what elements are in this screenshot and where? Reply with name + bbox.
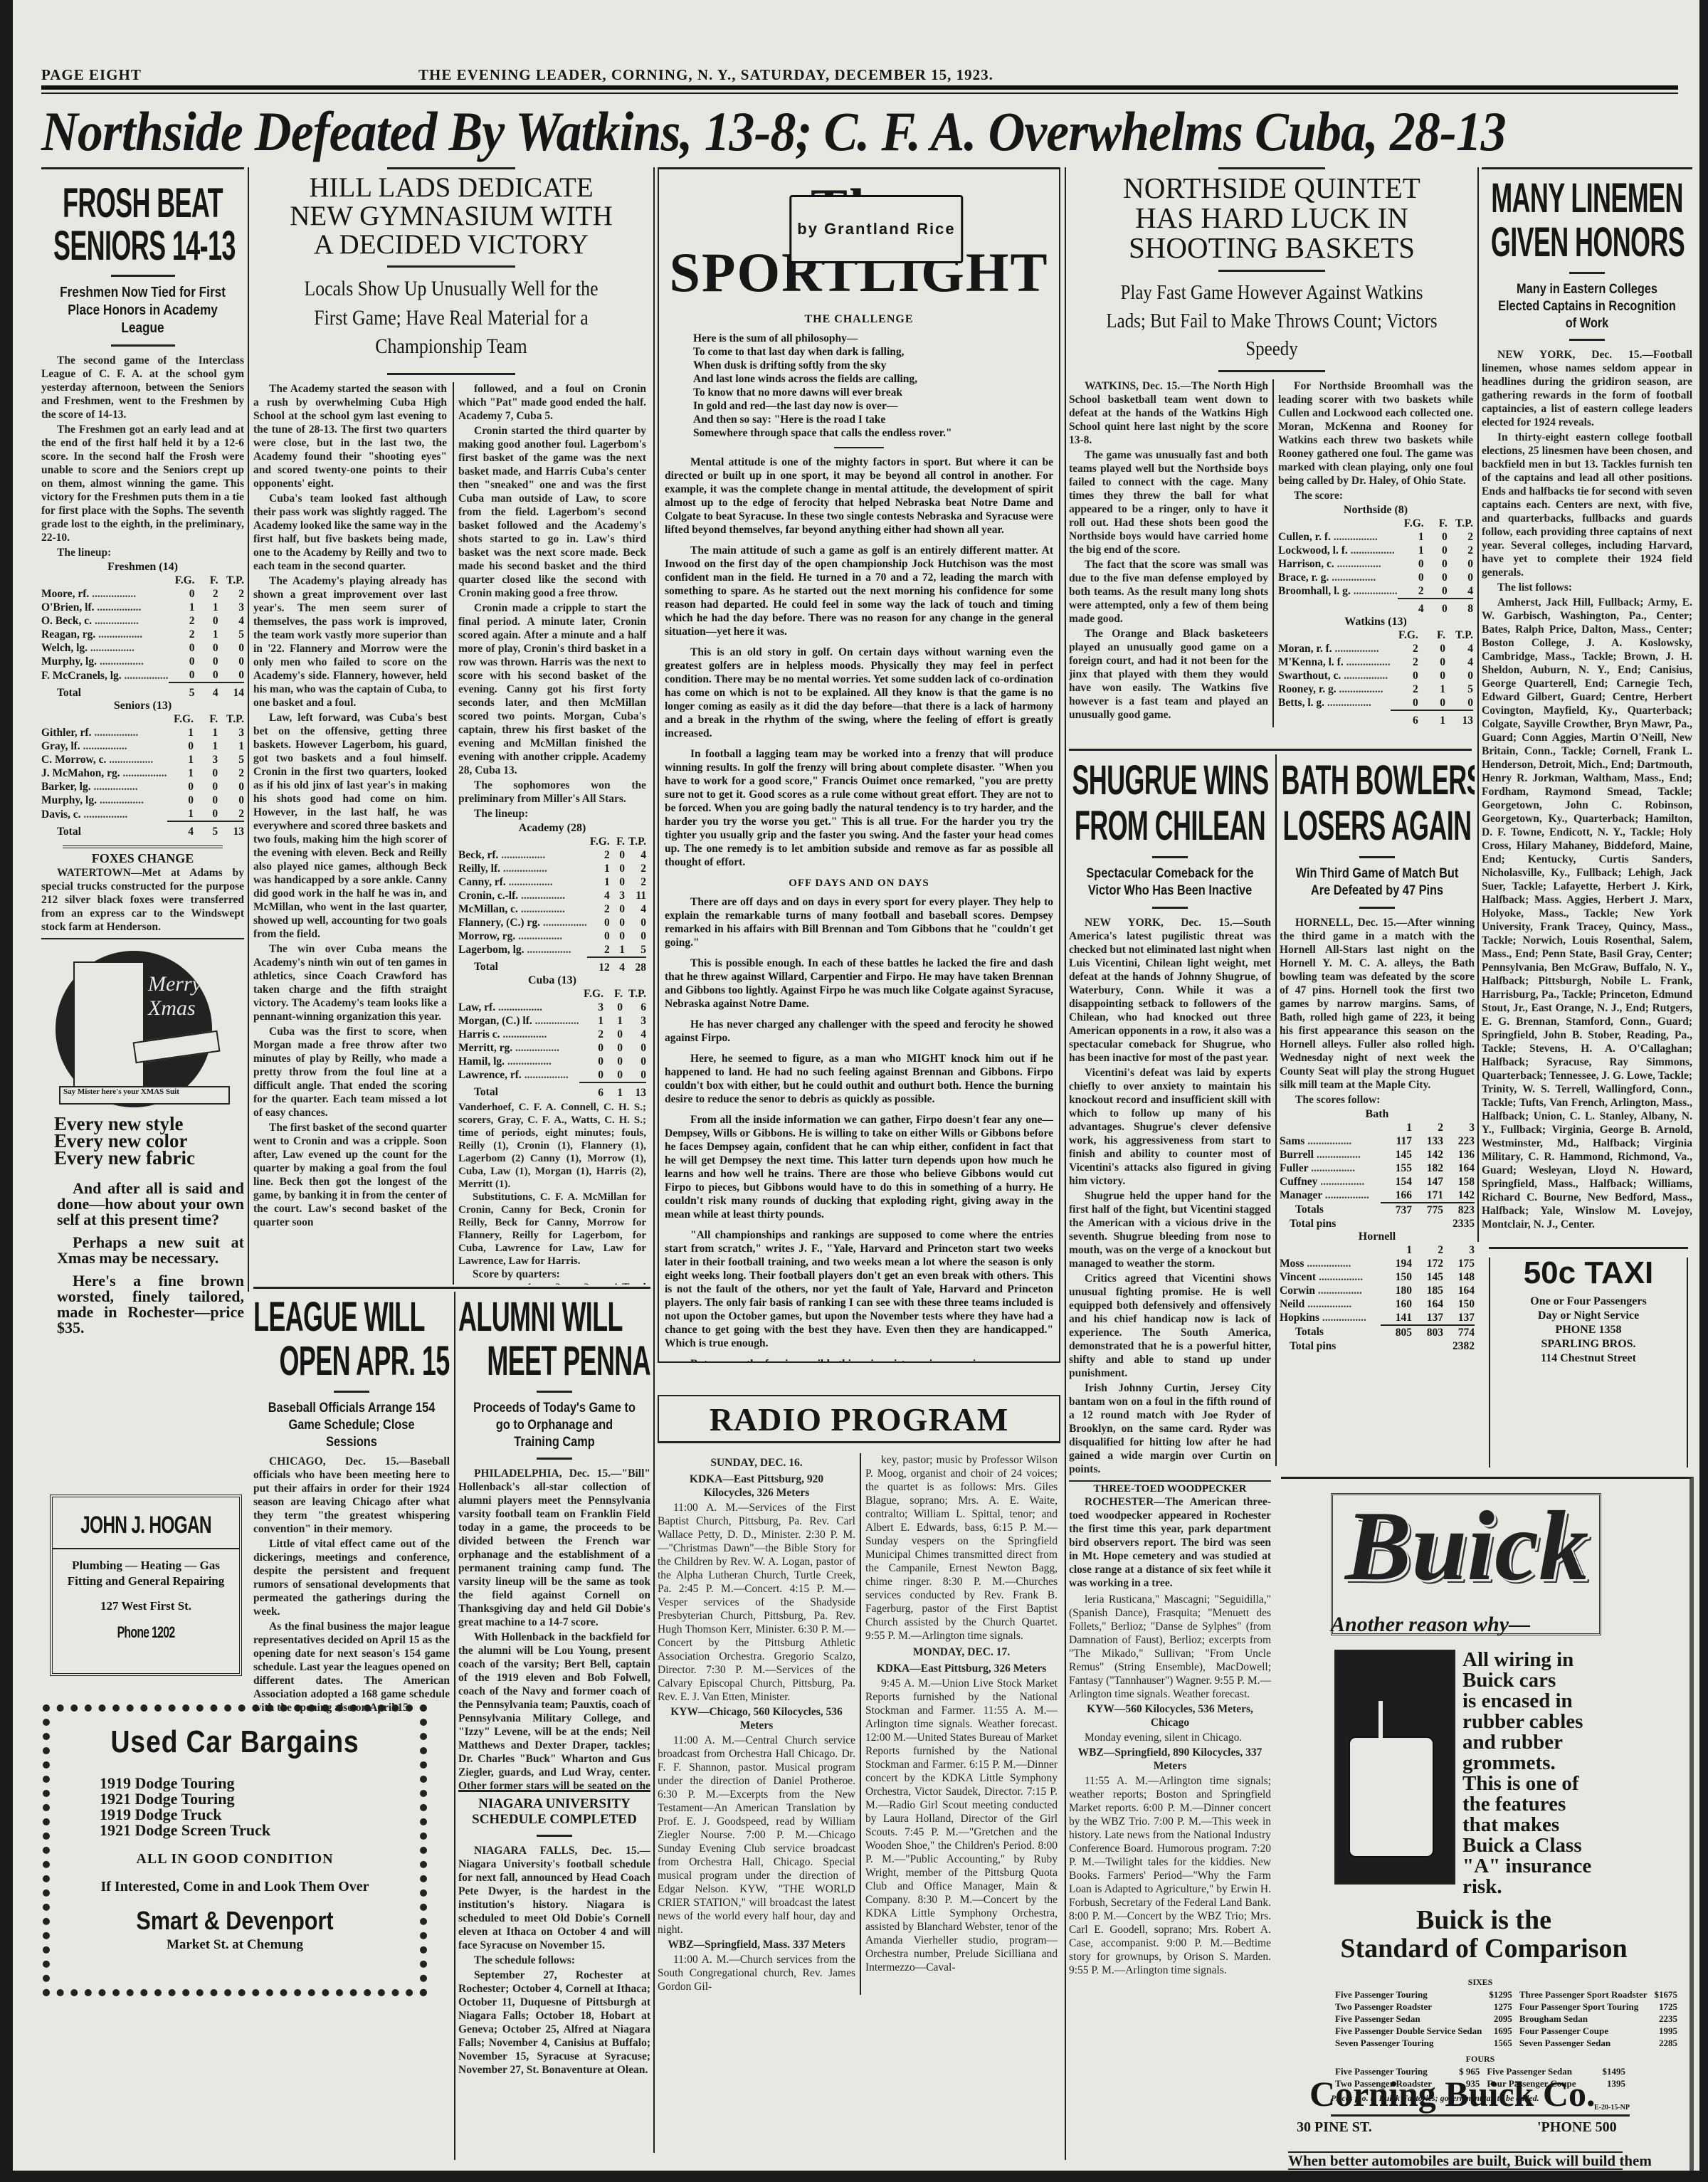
hill-lads-box-score: Academy (28)F.G.F.T.P.Beck, rf.204Reilly…: [458, 822, 646, 1100]
total-value: 13: [623, 1082, 646, 1100]
taxi-title: 50c TAXI: [1489, 1255, 1688, 1292]
hogan-phone: Phone 1202: [79, 1623, 213, 1642]
quarter-header: 2: [532, 1281, 561, 1285]
hill-lads-col1: The Academy started the season with a ru…: [253, 382, 447, 1285]
alumni-paragraph: With Hollenback in the backfield for the…: [458, 1630, 650, 1793]
box-score-table: F.G.F.T.P.Moran, r. f.204M'Kenna, l. f.2…: [1278, 628, 1473, 727]
column-header: F.G.: [587, 835, 610, 848]
stat-value: 5: [625, 943, 646, 957]
model-price: 1275: [1486, 2001, 1515, 2012]
radio-station: KYW—560 Kilocycles, 536 Meters, Chicago: [1076, 1702, 1264, 1729]
hill-paragraph: The Academy started the season with a ru…: [253, 382, 447, 490]
stat-value: 1: [167, 807, 194, 821]
game-header: 1: [1381, 1121, 1412, 1134]
player-row: Reagan, rg.215: [41, 628, 244, 641]
stat-value: 2: [579, 1028, 603, 1041]
stat-value: 0: [610, 916, 625, 929]
totals-row: Totals737775823: [1280, 1203, 1475, 1217]
bowler-row: Neild160164150: [1280, 1297, 1475, 1311]
frosh-body: The second game of the Interclass League…: [41, 354, 244, 559]
niagara-paragraph: The schedule follows:: [458, 1954, 650, 1967]
shugrue-body: NEW YORK, Dec. 15.—South America's lates…: [1069, 916, 1271, 1476]
price-row: Five Passenger Double Service Sedan1695F…: [1332, 2025, 1680, 2036]
quarter-header: 1: [504, 1281, 532, 1285]
bowler-row: Burrell145142136: [1280, 1148, 1475, 1161]
alumni-article: ALUMNI WILL MEET PENNA Proceeds of Today…: [458, 1295, 650, 1793]
buick-line: Buick cars: [1462, 1670, 1626, 1691]
radio-title: RADIO PROGRAM: [659, 1401, 1059, 1438]
northside-headline-1: NORTHSIDE QUINTET: [1069, 174, 1475, 204]
poem-line: And then so say: "Here is the road I tak…: [693, 413, 1053, 426]
bath-headline-1: BATH BOWLERS: [1281, 758, 1472, 803]
league-paragraph: CHICAGO, Dec. 15.—Baseball officials who…: [253, 1455, 450, 1536]
buick-phone: 'PHONE 500: [1537, 2119, 1617, 2136]
player-name: McMillan, c.: [458, 902, 587, 916]
model-name: Five Passenger Sedan: [1332, 2013, 1485, 2024]
stat-value: 1: [579, 1014, 603, 1028]
header-spacer: [1280, 1121, 1381, 1134]
box-score-table: F.G.F.T.P.Beck, rf.204Reilly, lf.102Cann…: [458, 835, 646, 974]
shugrue-headline-2: FROM CHILEAN: [1072, 803, 1267, 849]
player-name: Cronin, c.-lf.: [458, 889, 587, 902]
game-score: 185: [1412, 1284, 1443, 1297]
team-title: Academy (28): [458, 822, 646, 835]
stat-value: 0: [1424, 584, 1448, 599]
player-row: Lagerbom, lg.215: [458, 943, 646, 957]
sportlight-byline: by Grantland Rice: [789, 195, 963, 263]
stat-value: 11: [625, 889, 646, 902]
white-ad-copy: And after all is said and done—how about…: [41, 1181, 244, 1334]
game-score: 155: [1381, 1161, 1412, 1175]
player-row: Betts, l. g.000: [1278, 696, 1473, 710]
game-score: 223: [1443, 1134, 1475, 1148]
radio-listing: 11:00 A. M.—Services of the First Baptis…: [658, 1501, 855, 1704]
game-score: 145: [1381, 1148, 1412, 1161]
stat-value: 0: [218, 668, 244, 682]
model-price: 1695: [1486, 2025, 1515, 2036]
niagara-headline-2: SCHEDULE COMPLETED: [458, 1812, 650, 1828]
radio-col1: SUNDAY, DEC. 16.KDKA—East Pittsburg, 920…: [658, 1453, 855, 1995]
hogan-name: JOHN J. HOGAN: [63, 1512, 228, 1539]
player-name: O. Beck, c.: [41, 614, 169, 628]
page-label: PAGE EIGHT: [41, 66, 255, 84]
total-label: Total: [458, 1082, 579, 1100]
stat-value: 0: [1391, 696, 1418, 710]
player-name: Murphy, lg.: [41, 794, 167, 807]
stat-value: 0: [218, 794, 244, 807]
totals-value: 775: [1412, 1203, 1443, 1217]
model-price: 2285: [1652, 2038, 1681, 2048]
game-score: 158: [1443, 1175, 1475, 1188]
player-row: F. McCranels, lg.000: [41, 668, 244, 682]
stat-value: 0: [1445, 669, 1473, 682]
player-row: Merritt, rg.000: [458, 1041, 646, 1055]
player-name: Flannery, (C.) rg.: [458, 916, 587, 929]
hill-paragraph: The lineup:: [458, 807, 646, 821]
shugrue-article: SHUGRUE WINS FROM CHILEAN Spectacular Co…: [1069, 758, 1271, 2171]
shugrue-paragraph: Vicentini's defeat was laid by experts c…: [1069, 1066, 1271, 1188]
team-title: Northside (8): [1278, 504, 1473, 517]
total-row: Total6113: [458, 1082, 646, 1100]
total-label: [1278, 710, 1391, 727]
sportlight-paragraph: He has never charged any challenger with…: [665, 1018, 1053, 1045]
stat-value: 2: [169, 628, 195, 641]
model-name: Four Passenger Coupe: [1517, 2025, 1650, 2036]
player-row: Flannery, (C.) rg.000: [458, 916, 646, 929]
hill-paragraph: Law, left forward, was Cuba's best bet o…: [253, 711, 447, 941]
bowler-name: Hopkins: [1280, 1311, 1381, 1325]
sportlight-subhead: OFF DAYS AND ON DAYS: [665, 877, 1053, 890]
model-price: 1725: [1652, 2001, 1681, 2012]
box-score-table: F.G.F.T.P.Githler, rf.113Gray, lf.011C. …: [41, 712, 244, 838]
fours-label: FOURS: [1331, 2054, 1630, 2065]
total-pins-row: Total pins2335: [1280, 1217, 1475, 1230]
buick-address: 30 PINE ST.: [1297, 2119, 1372, 2136]
model-price: $1495: [1595, 2066, 1628, 2077]
shugrue-headline-1: SHUGRUE WINS: [1072, 758, 1267, 803]
player-row: Murphy, lg.000: [41, 655, 244, 668]
player-row: J. McMahon, rg.102: [41, 766, 244, 780]
column-header: T.P.: [1445, 628, 1473, 642]
hill-paragraph: The win over Cuba means the Academy's ni…: [253, 942, 447, 1023]
total-pins-label: Total pins: [1280, 1217, 1443, 1230]
stat-value: 5: [218, 628, 244, 641]
stat-value: 0: [195, 614, 218, 628]
player-row: Brace, r. g.000: [1278, 571, 1473, 584]
player-row: Lockwood, l. f.102: [1278, 544, 1473, 557]
dateline: THE EVENING LEADER, CORNING, N. Y., SATU…: [418, 66, 993, 84]
column-header: F.: [1424, 517, 1448, 530]
stat-value: 0: [195, 668, 218, 682]
game-score: 133: [1412, 1134, 1443, 1148]
model-name: Four Passenger Sport Touring: [1517, 2001, 1650, 2012]
total-value: 13: [1445, 710, 1473, 727]
box-score-table: F.G.F.T.P.Moore, rf.022O'Brien, lf.113O.…: [41, 574, 244, 700]
price-row: Seven Passenger Touring1565Seven Passeng…: [1332, 2038, 1680, 2048]
game-score: 137: [1443, 1311, 1475, 1325]
tagline: Every new fabric: [54, 1149, 244, 1166]
column-header: F.G.: [167, 712, 194, 726]
bowler-row: Moss194172175: [1280, 1257, 1475, 1270]
stat-value: 1: [169, 601, 195, 614]
box-score-table: F.G.F.T.P.Law, rf.306Morgan, (C.) lf.113…: [458, 987, 646, 1100]
stat-value: 0: [587, 916, 610, 929]
merry-xmas-script: Merry Xmas: [148, 972, 212, 1021]
bowler-row: Manager166171142: [1280, 1188, 1475, 1203]
hill-lads-headline-2: NEW GYMNASIUM WITH: [253, 202, 649, 231]
northside-paragraph: The game was unusually fast and both tea…: [1069, 448, 1268, 557]
totals-value: 803: [1412, 1325, 1443, 1339]
bowler-name: Cuffney: [1280, 1175, 1381, 1188]
stat-value: 0: [579, 1068, 603, 1082]
frosh-box-score: Freshmen (14)F.G.F.T.P.Moore, rf.022O'Br…: [41, 561, 244, 838]
team-title: Cuba (13): [458, 974, 646, 987]
player-name: Betts, l. g.: [1278, 696, 1391, 710]
total-row: Total4513: [41, 821, 244, 838]
frosh-headline-1: FROSH BEAT: [53, 182, 232, 225]
quarter-header: 4: [589, 1281, 618, 1285]
stat-value: 2: [587, 943, 610, 957]
league-paragraph: As the final business the major league r…: [253, 1620, 450, 1714]
player-row: Harrison, c.000: [1278, 557, 1473, 571]
model-price: 1395: [1595, 2078, 1628, 2089]
game-score: 175: [1443, 1257, 1475, 1270]
total-value: 4: [167, 821, 194, 838]
poem-line: To know that no more dawns will ever bre…: [693, 386, 1053, 399]
bowler-name: Moss: [1280, 1257, 1381, 1270]
price-row: Five Passenger Sedan2095Brougham Sedan22…: [1332, 2013, 1680, 2024]
game-score: 141: [1381, 1311, 1412, 1325]
stat-value: 2: [1448, 544, 1473, 557]
ad-paragraph: And after all is said and done—how about…: [57, 1181, 244, 1228]
stat-value: 2: [1391, 682, 1418, 696]
bowler-name: Neild: [1280, 1297, 1381, 1311]
hill-paragraph: followed, and a foul on Cronin which "Pa…: [458, 382, 646, 423]
buick-line: All wiring in: [1462, 1650, 1626, 1670]
buick-dealer: Corning Buick Co.: [1309, 2073, 1595, 2114]
buick-line: the features: [1462, 1794, 1626, 1815]
bath-article: BATH BOWLERS LOSERS AGAIN Win Third Game…: [1280, 758, 1475, 1462]
stat-value: 0: [1418, 642, 1445, 655]
column-header: F.: [1418, 628, 1445, 642]
stat-value: 0: [1424, 530, 1448, 544]
stat-value: 4: [587, 889, 610, 902]
sportlight-body-2: There are off days and on days in every …: [665, 895, 1053, 1363]
masthead-rule: [41, 85, 1678, 94]
player-name: Moran, r. f.: [1278, 642, 1391, 655]
stat-value: 6: [623, 1001, 646, 1014]
northside-box-score: Northside (8)F.G.F.T.P.Cullen, r. f.102L…: [1278, 504, 1473, 727]
officials: Vanderhoef, C. F. A. Connell, C. H. S.; …: [458, 1101, 646, 1191]
game-score: 171: [1412, 1188, 1443, 1203]
northside-col1: WATKINS, Dec. 15.—The North High School …: [1069, 379, 1268, 727]
game-score: 182: [1412, 1161, 1443, 1175]
quarters-label: Score by quarters:: [458, 1267, 646, 1281]
stat-value: 0: [218, 780, 244, 794]
hill-lads-headline-3: A DECIDED VICTORY: [253, 231, 649, 259]
total-value: 6: [1391, 710, 1418, 727]
player-row: Morrow, rg.000: [458, 929, 646, 943]
header-spacer: [41, 712, 167, 726]
player-name: Brace, r. g.: [1278, 571, 1398, 584]
bowler-row: Cuffney154147158: [1280, 1175, 1475, 1188]
player-name: Lagerbom, lg.: [458, 943, 587, 957]
total-pins-label: Total pins: [1280, 1339, 1443, 1353]
bowler-row: Corwin180185164: [1280, 1284, 1475, 1297]
player-row: Broomhall, l. g.204: [1278, 584, 1473, 599]
quarter-header: 3: [561, 1281, 589, 1285]
stat-value: 0: [587, 929, 610, 943]
stat-value: 2: [587, 848, 610, 862]
model-price: 1565: [1486, 2038, 1515, 2048]
league-paragraph: Little of vital effect came out of the d…: [253, 1537, 450, 1618]
northside-paragraph: For Northside Broomhall was the leading …: [1278, 379, 1473, 487]
player-name: Swarthout, c.: [1278, 669, 1391, 682]
ad-paragraph: Here's a fine brown worsted, finely tail…: [57, 1273, 244, 1334]
total-value: 5: [194, 821, 218, 838]
model-price: 2235: [1652, 2013, 1681, 2024]
taxi-details: One or Four PassengersDay or Night Servi…: [1489, 1295, 1688, 1366]
league-deck: Baseball Officials Arrange 154 Game Sche…: [267, 1400, 436, 1450]
taglines: Every new styleEvery new colorEvery new …: [41, 1115, 244, 1166]
stat-value: 1: [195, 601, 218, 614]
hill-lads-deck: Locals Show Up Unusually Well for the Fi…: [281, 275, 621, 362]
player-row: Moran, r. f.204: [1278, 642, 1473, 655]
player-row: Reilly, lf.102: [458, 862, 646, 875]
model-name: Five Passenger Touring: [1332, 1989, 1485, 2000]
game-score: 136: [1443, 1148, 1475, 1161]
column-header: F.G.: [169, 574, 195, 587]
total-value: 1: [603, 1082, 623, 1100]
suit-coat-icon: [73, 961, 144, 1090]
stat-value: 3: [579, 1001, 603, 1014]
radio-date: SUNDAY, DEC. 16.: [658, 1456, 855, 1470]
column-header: F.: [194, 712, 218, 726]
bowler-name: Fuller: [1280, 1161, 1381, 1175]
stat-value: 3: [218, 601, 244, 614]
shugrue-paragraph: Shugrue held the upper hand for the firs…: [1069, 1189, 1271, 1270]
stat-value: 0: [610, 929, 625, 943]
northside-headline-3: SHOOTING BASKETS: [1069, 233, 1475, 263]
stat-value: 0: [194, 807, 218, 821]
stat-value: 0: [1418, 669, 1445, 682]
stat-value: 2: [218, 587, 244, 601]
stat-value: 4: [625, 848, 646, 862]
stat-value: 2: [218, 807, 244, 821]
model-name: Five Passenger Double Service Sedan: [1332, 2025, 1485, 2036]
game-score: 172: [1412, 1257, 1443, 1270]
player-name: Lockwood, l. f.: [1278, 544, 1398, 557]
stat-value: 0: [603, 1055, 623, 1068]
stat-value: 5: [1445, 682, 1473, 696]
game-score: 154: [1381, 1175, 1412, 1188]
stat-value: 0: [625, 929, 646, 943]
player-name: O'Brien, lf.: [41, 601, 169, 614]
stat-value: 0: [194, 794, 218, 807]
poem-title: THE CHALLENGE: [665, 313, 1053, 326]
stat-value: 0: [1398, 571, 1424, 584]
poem-line: To come to that last day when dark is fa…: [693, 345, 1053, 359]
player-name: Reagan, rg.: [41, 628, 169, 641]
bowler-row: Fuller155182164: [1280, 1161, 1475, 1175]
game-score: 194: [1381, 1257, 1412, 1270]
stat-value: 2: [169, 614, 195, 628]
player-name: Murphy, lg.: [41, 655, 169, 668]
radio-program: RADIO PROGRAM SUNDAY, DEC. 16.KDKA—East …: [658, 1395, 1060, 2171]
game-score: 145: [1412, 1270, 1443, 1284]
league-headline-2: OPEN APR. 15: [255, 1339, 450, 1383]
linemen-paragraph: NEW YORK, Dec. 15.—Football linemen, who…: [1482, 348, 1692, 429]
stat-value: 0: [1448, 571, 1473, 584]
hill-paragraph: The Academy's playing already has shown …: [253, 574, 447, 710]
northside-col2: For Northside Broomhall was the leading …: [1278, 379, 1473, 502]
buick-line: risk.: [1462, 1877, 1626, 1897]
player-name: Moore, rf.: [41, 587, 169, 601]
total-value: 1: [1418, 710, 1445, 727]
poem-line: Somewhere through space that calls the e…: [693, 426, 1053, 440]
player-row: Cullen, r. f.102: [1278, 530, 1473, 544]
hill-lads-col2: followed, and a foul on Cronin which "Pa…: [458, 382, 646, 821]
stat-value: 1: [1398, 530, 1424, 544]
price-row: Five Passenger Touring$1295Three Passeng…: [1332, 1989, 1680, 2000]
sportlight-title: The SPORTLIGHT by Grantland Rice: [665, 176, 1053, 305]
stat-value: 1: [1418, 682, 1445, 696]
team-title: Bath: [1280, 1108, 1475, 1121]
model-price: 2095: [1486, 2013, 1515, 2024]
stat-value: 0: [603, 1001, 623, 1014]
buick-line: grommets.: [1462, 1753, 1626, 1773]
league-article: LEAGUE WILL OPEN APR. 15 Baseball Offici…: [253, 1295, 450, 2171]
stat-value: 1: [167, 753, 194, 766]
buick-logo: Buick: [1345, 1493, 1588, 1600]
player-name: Merritt, rg.: [458, 1041, 579, 1055]
buick-standard-2: Standard of Comparison: [1331, 1934, 1637, 1963]
stat-value: 4: [623, 1028, 646, 1041]
column-divider: [653, 167, 655, 2153]
model-name: Three Passenger Sport Roadster: [1517, 1989, 1650, 2000]
stat-value: 0: [167, 739, 194, 753]
total-value: 0: [1424, 599, 1448, 616]
player-row: Murphy, lg.000: [41, 794, 244, 807]
taxi-line: One or Four Passengers: [1489, 1295, 1688, 1309]
alumni-deck: Proceeds of Today's Game to go to Orphan…: [472, 1400, 637, 1450]
radio-station: KDKA—East Pittsburg, 920 Kilocycles, 326…: [665, 1472, 848, 1500]
player-row: O. Beck, c.204: [41, 614, 244, 628]
stat-value: 0: [195, 655, 218, 668]
shugrue-paragraph: NEW YORK, Dec. 15.—South America's lates…: [1069, 916, 1271, 1065]
poem-line: Here is the sum of all philosophy—: [693, 332, 1053, 345]
sportlight-paragraph: "All championships and rankings are supp…: [665, 1228, 1053, 1350]
sportlight-column: The SPORTLIGHT by Grantland Rice THE CHA…: [658, 167, 1060, 1363]
sportlight-paragraph: The main attitude of such a game as golf…: [665, 544, 1053, 638]
column-header: T.P.: [625, 835, 646, 848]
stat-value: 2: [587, 902, 610, 916]
game-score: 142: [1412, 1148, 1443, 1161]
player-row: Lawrence, rf.000: [458, 1068, 646, 1082]
bath-paragraph: HORNELL, Dec. 15.—After winning the thir…: [1280, 916, 1475, 1092]
linemen-deck: Many in Eastern Colleges Elected Captain…: [1497, 281, 1678, 332]
price-row: Two Passenger Roadster1275Four Passenger…: [1332, 2001, 1680, 2012]
frosh-deck: Freshmen Now Tied for First Place Honors…: [56, 284, 230, 337]
sportlight-body: Mental attitude is one of the mighty fac…: [665, 455, 1053, 869]
totals-row: Totals805803774: [1280, 1325, 1475, 1339]
column-divider: [1275, 754, 1277, 1466]
stat-value: 3: [194, 753, 218, 766]
hill-lads-headline-1: HILL LADS DEDICATE: [253, 174, 649, 202]
linemen-paragraph: In thirty-eight eastern college football…: [1482, 431, 1692, 579]
buick-ad: Buick Another reason why— All wiring inB…: [1281, 1477, 1694, 2171]
stat-value: 2: [1391, 642, 1418, 655]
stat-value: 1: [218, 739, 244, 753]
stat-value: 0: [623, 1041, 646, 1055]
totals-value: 774: [1443, 1325, 1475, 1339]
model-name: Seven Passenger Touring: [1332, 2038, 1485, 2048]
stat-value: 5: [218, 753, 244, 766]
frosh-article: FROSH BEAT SENIORS 14-13 Freshmen Now Ti…: [41, 167, 244, 1334]
header-spacer: [458, 987, 579, 1001]
radio-listing: 11:00 A. M.—Central Church service broad…: [658, 1734, 855, 1936]
column-header: T.P.: [623, 987, 646, 1001]
shugrue-deck: Spectacular Comeback for the Victor Who …: [1083, 865, 1257, 900]
player-name: Barker, lg.: [41, 780, 167, 794]
shugrue-paragraph: Critics agreed that Vicentini shows unus…: [1069, 1272, 1271, 1380]
model-price: 1995: [1652, 2025, 1681, 2036]
substitutions: Substitutions, C. F. A. McMillan for Cro…: [458, 1191, 646, 1267]
column-header: T.P.: [218, 574, 244, 587]
stat-value: 0: [579, 1041, 603, 1055]
player-name: M'Kenna, l. f.: [1278, 655, 1391, 669]
player-row: Law, rf.306: [458, 1001, 646, 1014]
